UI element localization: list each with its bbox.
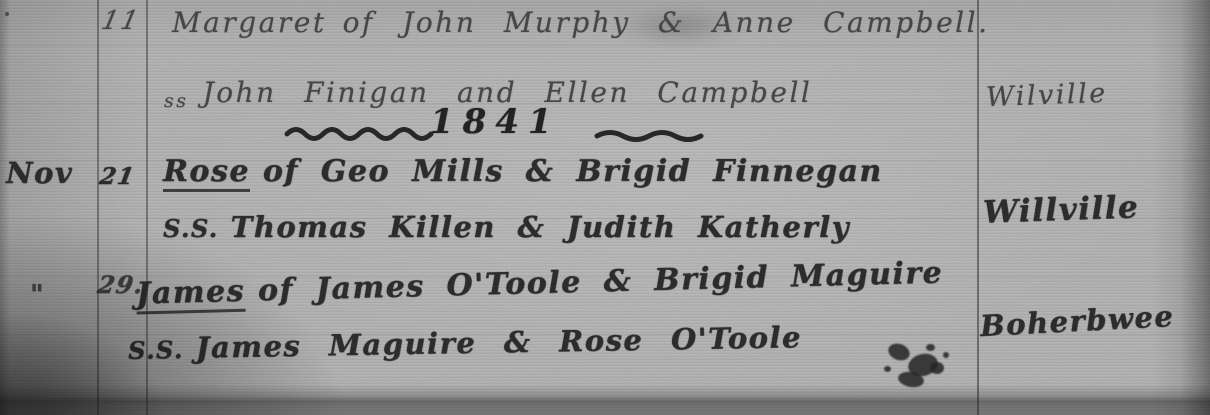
- column-rule-month: [97, 0, 99, 415]
- entry2-day: 21: [98, 163, 138, 190]
- entry3-sponsor-prefix: S.S.: [128, 335, 184, 365]
- entry3-parents: of James O'Toole & Brigid Maguire: [257, 255, 943, 308]
- entry3-sponsors: James Maguire & Rose O'Toole: [195, 320, 802, 365]
- entry2-sponsor-line: S.S.Thomas Killen & Judith Katherly: [163, 210, 850, 244]
- entry2-name-line: Roseof Geo Mills & Brigid Finnegan: [163, 154, 883, 189]
- register-page: 11 Margaretof John Murphy & Anne Campbel…: [0, 0, 1210, 415]
- entry3-child-name: James: [136, 274, 246, 315]
- page-shadow-left-edge: [0, 0, 10, 415]
- page-shadow-right-edge: [1150, 0, 1210, 415]
- entry2-residence: Willville: [982, 189, 1139, 230]
- entry2-sponsors: Thomas Killen & Judith Katherly: [231, 210, 850, 244]
- entry3-sponsor-line: S.S.James Maguire & Rose O'Toole: [128, 320, 802, 366]
- year-heading: 1841: [430, 102, 561, 142]
- ruled-line: [0, 45, 1210, 46]
- page-shadow-bottom: [0, 384, 1210, 415]
- entry2-parents: of Geo Mills & Brigid Finnegan: [263, 154, 883, 189]
- entry1-day: 11: [99, 6, 143, 36]
- entry1-sponsor-prefix: ss: [164, 90, 189, 112]
- entry2-sponsor-prefix: S.S.: [163, 214, 219, 243]
- paper-speck: [5, 12, 9, 16]
- year-flourish-right-icon: [594, 127, 704, 143]
- entry3-residence: Boherbwee: [979, 299, 1175, 343]
- entry1-residence: Wilville: [985, 78, 1108, 113]
- entry2-child-name: Rose: [163, 154, 250, 192]
- column-rule-residence: [977, 0, 979, 415]
- entry1-child-name: Margaret: [172, 6, 327, 39]
- entry1-name-line: Margaretof John Murphy & Anne Campbell.: [172, 6, 990, 39]
- year-flourish-left-icon: [284, 122, 434, 142]
- entry2-month: Nov: [6, 156, 73, 190]
- entry1-parents: of John Murphy & Anne Campbell.: [343, 6, 990, 39]
- entry3-name-line: Jamesof James O'Toole & Brigid Maguire: [136, 255, 944, 311]
- entry3-month-ditto: ": [30, 280, 45, 310]
